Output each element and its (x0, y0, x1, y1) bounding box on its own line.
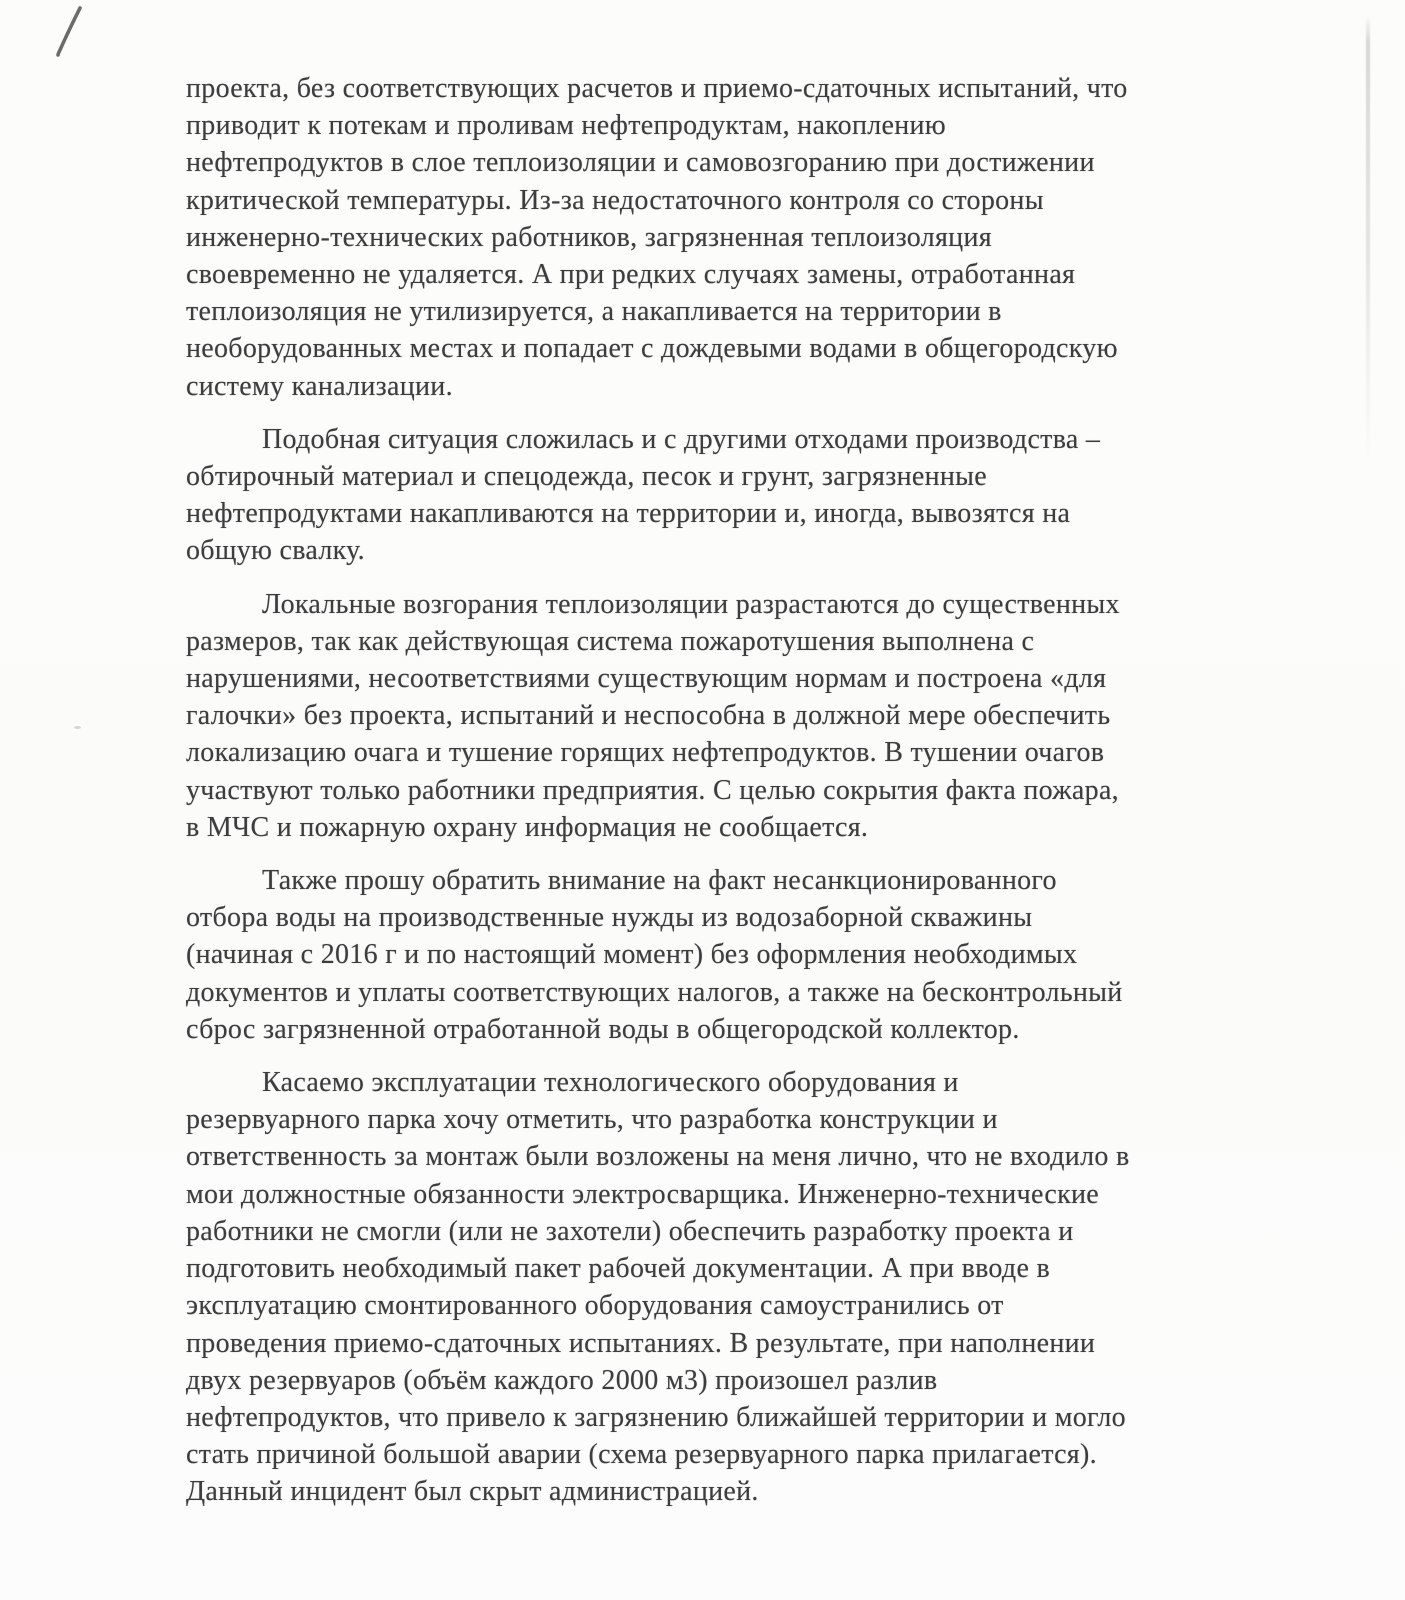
scan-fold-line (1366, 16, 1370, 456)
paragraph-local-fires: Локальные возгорания теплоизоляции разра… (186, 586, 1336, 846)
document-text: проекта, без соответствующих расчетов и … (186, 70, 1336, 1527)
paragraph-equipment-operation: Касаемо эксплуатации технологического об… (186, 1064, 1336, 1510)
paragraph-water-intake: Также прошу обратить внимание на факт не… (186, 862, 1336, 1048)
scanned-document-page: проекта, без соответствующих расчетов и … (0, 0, 1405, 1600)
pen-mark-slash-icon (46, 2, 98, 62)
scan-smudge (74, 726, 81, 729)
paragraph-continuation: проекта, без соответствующих расчетов и … (186, 70, 1336, 405)
paragraph-other-waste: Подобная ситуация сложилась и с другими … (186, 421, 1336, 570)
